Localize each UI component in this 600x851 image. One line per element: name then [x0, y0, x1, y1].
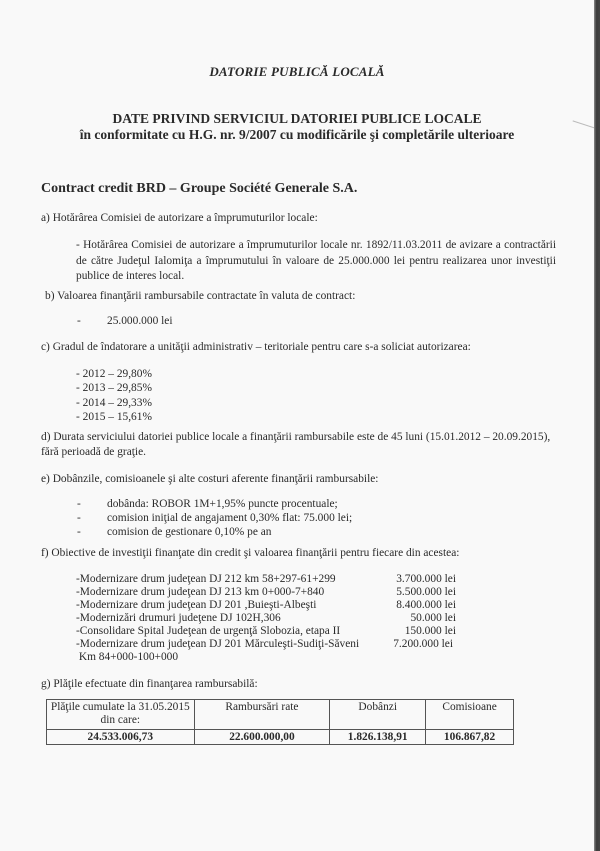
section-a-body: - Hotărârea Comisiei de autorizare a împ… [76, 238, 556, 285]
table-header-cell: Dobânzi [330, 700, 426, 730]
investment-name: -Modernizare drum judeţean DJ 213 km 0+0… [76, 586, 324, 598]
list-dash: - [77, 315, 81, 327]
section-c-heading: c) Gradul de îndatorare a unităţii admin… [41, 341, 471, 353]
investment-value: 7.200.000 lei [393, 638, 453, 650]
list-item-text: 25.000.000 lei [107, 315, 173, 327]
investment-value: 150.000 lei [405, 625, 456, 637]
section-f-heading: f) Obiective de investiţii finanţate din… [41, 547, 459, 559]
table-cell: 106.867,82 [426, 730, 514, 745]
section-b-heading: b) Valoarea finanţării rambursabile cont… [45, 290, 355, 302]
contract-title: Contract credit BRD – Groupe Société Gen… [41, 181, 357, 197]
investment-name: -Modernizare drum judeţean DJ 201 ,Buieş… [76, 599, 316, 611]
document-page: DATORIE PUBLICĂ LOCALĂ DATE PRIVIND SERV… [0, 0, 594, 851]
list-dash: - [77, 526, 81, 538]
list-item: - 2014 – 29,33% [76, 396, 152, 410]
document-subtitle-line2: în conformitate cu H.G. nr. 9/2007 cu mo… [0, 127, 594, 143]
section-g-heading: g) Plăţile efectuate din finanţarea ramb… [41, 678, 258, 690]
table-cell: 22.600.000,00 [194, 730, 330, 745]
investment-value: 50.000 lei [410, 612, 456, 624]
investment-name: -Consolidare Spital Judeţean de urgenţă … [76, 625, 340, 637]
investment-name: -Modernizări drumuri judeţene DJ 102H,30… [76, 612, 281, 624]
investment-value: 8.400.000 lei [396, 599, 456, 611]
table-row: 24.533.006,73 22.600.000,00 1.826.138,91… [47, 730, 514, 745]
table-cell: 1.826.138,91 [330, 730, 426, 745]
list-item: - 2015 – 15,61% [76, 410, 152, 424]
investment-value: 5.500.000 lei [396, 586, 456, 598]
investment-value: 3.700.000 lei [396, 573, 456, 585]
list-item-text: comision de gestionare 0,10% pe an [107, 526, 272, 538]
list-dash: - [77, 498, 81, 510]
list-item-text: dobânda: ROBOR 1M+1,95% puncte procentua… [107, 498, 338, 510]
scan-edge-shadow [594, 0, 600, 851]
table-cell: 24.533.006,73 [47, 730, 195, 745]
table-header-row: Plăţile cumulate la 31.05.2015 din care:… [47, 700, 514, 730]
payments-table: Plăţile cumulate la 31.05.2015 din care:… [46, 699, 514, 745]
document-subtitle-line1: DATE PRIVIND SERVICIUL DATORIEI PUBLICE … [0, 111, 594, 127]
list-dash: - [77, 512, 81, 524]
list-item-text: comision iniţial de angajament 0,30% fla… [107, 512, 352, 524]
investment-name: Km 84+000-100+000 [76, 651, 178, 663]
section-d-line2: fără perioadă de graţie. [41, 446, 146, 458]
list-item: - 2012 – 29,80% [76, 367, 152, 381]
document-title: DATORIE PUBLICĂ LOCALĂ [0, 64, 594, 80]
investment-name: -Modernizare drum judeţean DJ 201 Mărcul… [76, 638, 359, 650]
table-header-cell: Plăţile cumulate la 31.05.2015 din care: [47, 700, 195, 730]
table-header-cell: Rambursări rate [194, 700, 330, 730]
section-a-heading: a) Hotărârea Comisiei de autorizare a îm… [41, 212, 318, 224]
table-header-cell: Comisioane [426, 700, 514, 730]
section-e-heading: e) Dobânzile, comisioanele şi alte costu… [41, 473, 378, 485]
list-item: - 2013 – 29,85% [76, 381, 152, 395]
investment-name: -Modernizare drum judeţean DJ 212 km 58+… [76, 573, 336, 585]
section-c-list: - 2012 – 29,80% - 2013 – 29,85% - 2014 –… [76, 367, 152, 424]
section-d-line1: d) Durata serviciului datoriei publice l… [41, 431, 550, 443]
